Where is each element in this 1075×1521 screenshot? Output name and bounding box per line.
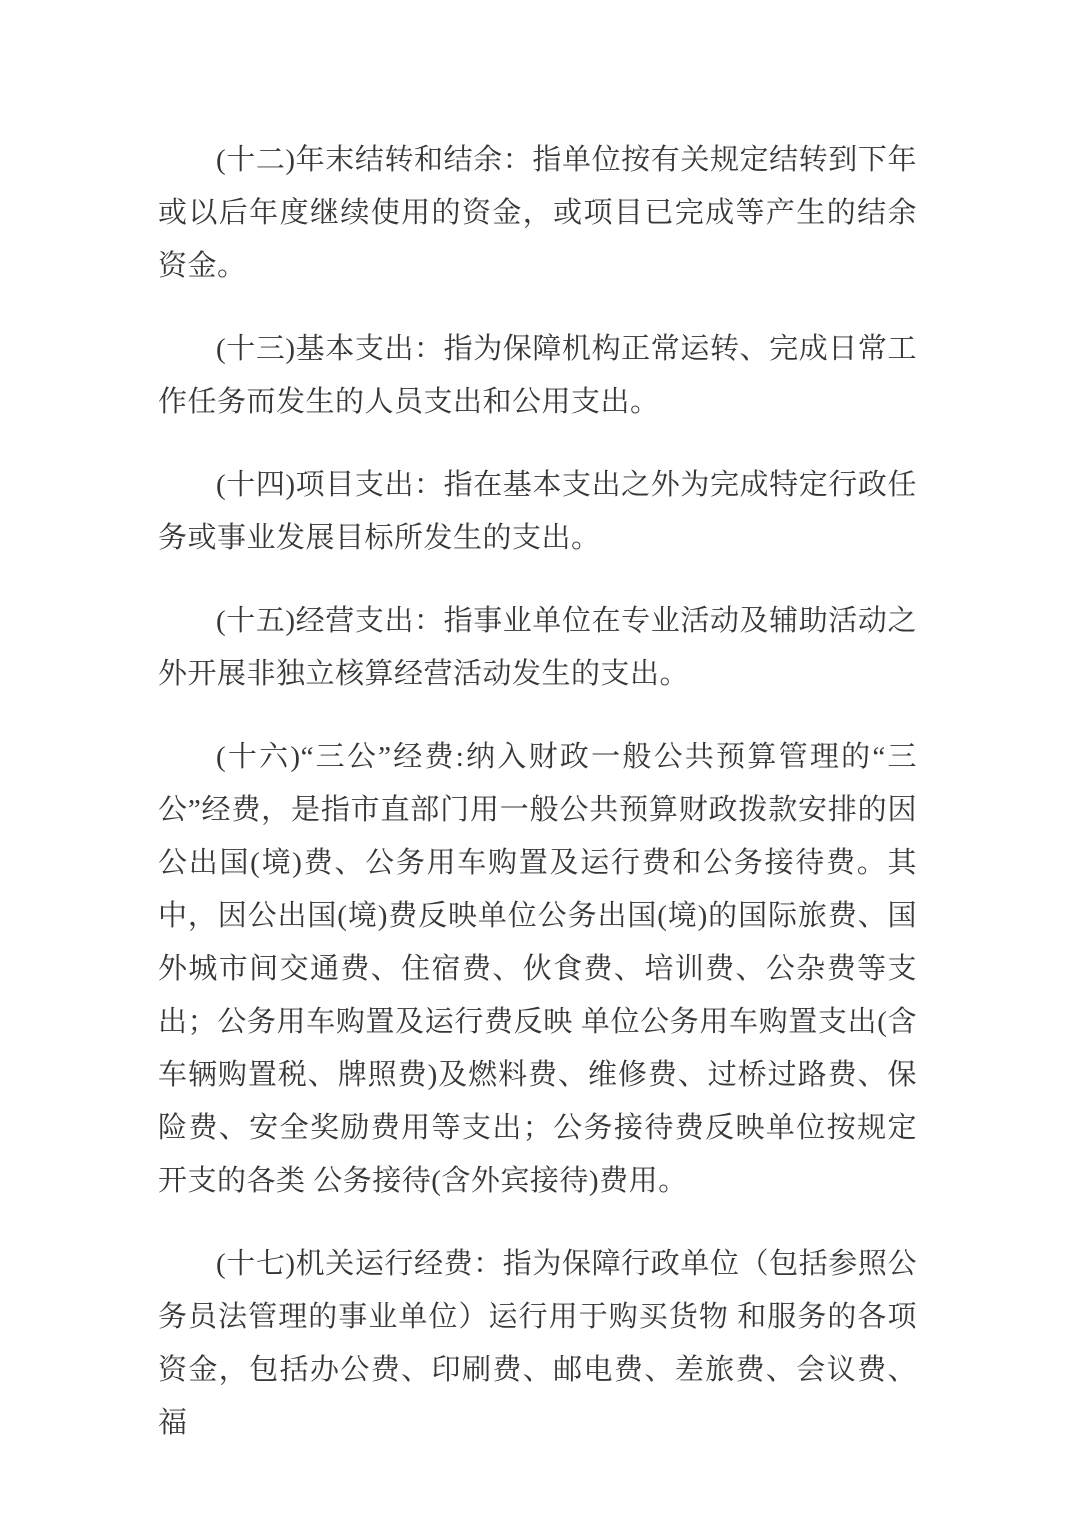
paragraph-item-15-operating-expenditure: (十五)经营支出：指事业单位在专业活动及辅助活动之外开展非独立核算经营活动发生的… bbox=[158, 595, 917, 701]
document-page: (十二)年末结转和结余：指单位按有关规定结转到下年或以后年度继续使用的资金，或项… bbox=[0, 0, 1075, 1521]
paragraph-item-16-three-public-funds: (十六)“三公”经费:纳入财政一般公共预算管理的“三公”经费，是指市直部门用一般… bbox=[158, 731, 917, 1208]
document-body: (十二)年末结转和结余：指单位按有关规定结转到下年或以后年度继续使用的资金，或项… bbox=[158, 134, 917, 1450]
paragraph-item-12-year-end-carryover: (十二)年末结转和结余：指单位按有关规定结转到下年或以后年度继续使用的资金，或项… bbox=[158, 134, 917, 293]
paragraph-item-14-project-expenditure: (十四)项目支出：指在基本支出之外为完成特定行政任务或事业发展目标所发生的支出。 bbox=[158, 459, 917, 565]
paragraph-item-13-basic-expenditure: (十三)基本支出：指为保障机构正常运转、完成日常工作任务而发生的人员支出和公用支… bbox=[158, 323, 917, 429]
paragraph-item-17-agency-operating-funds: (十七)机关运行经费：指为保障行政单位（包括参照公务员法管理的事业单位）运行用于… bbox=[158, 1238, 917, 1450]
